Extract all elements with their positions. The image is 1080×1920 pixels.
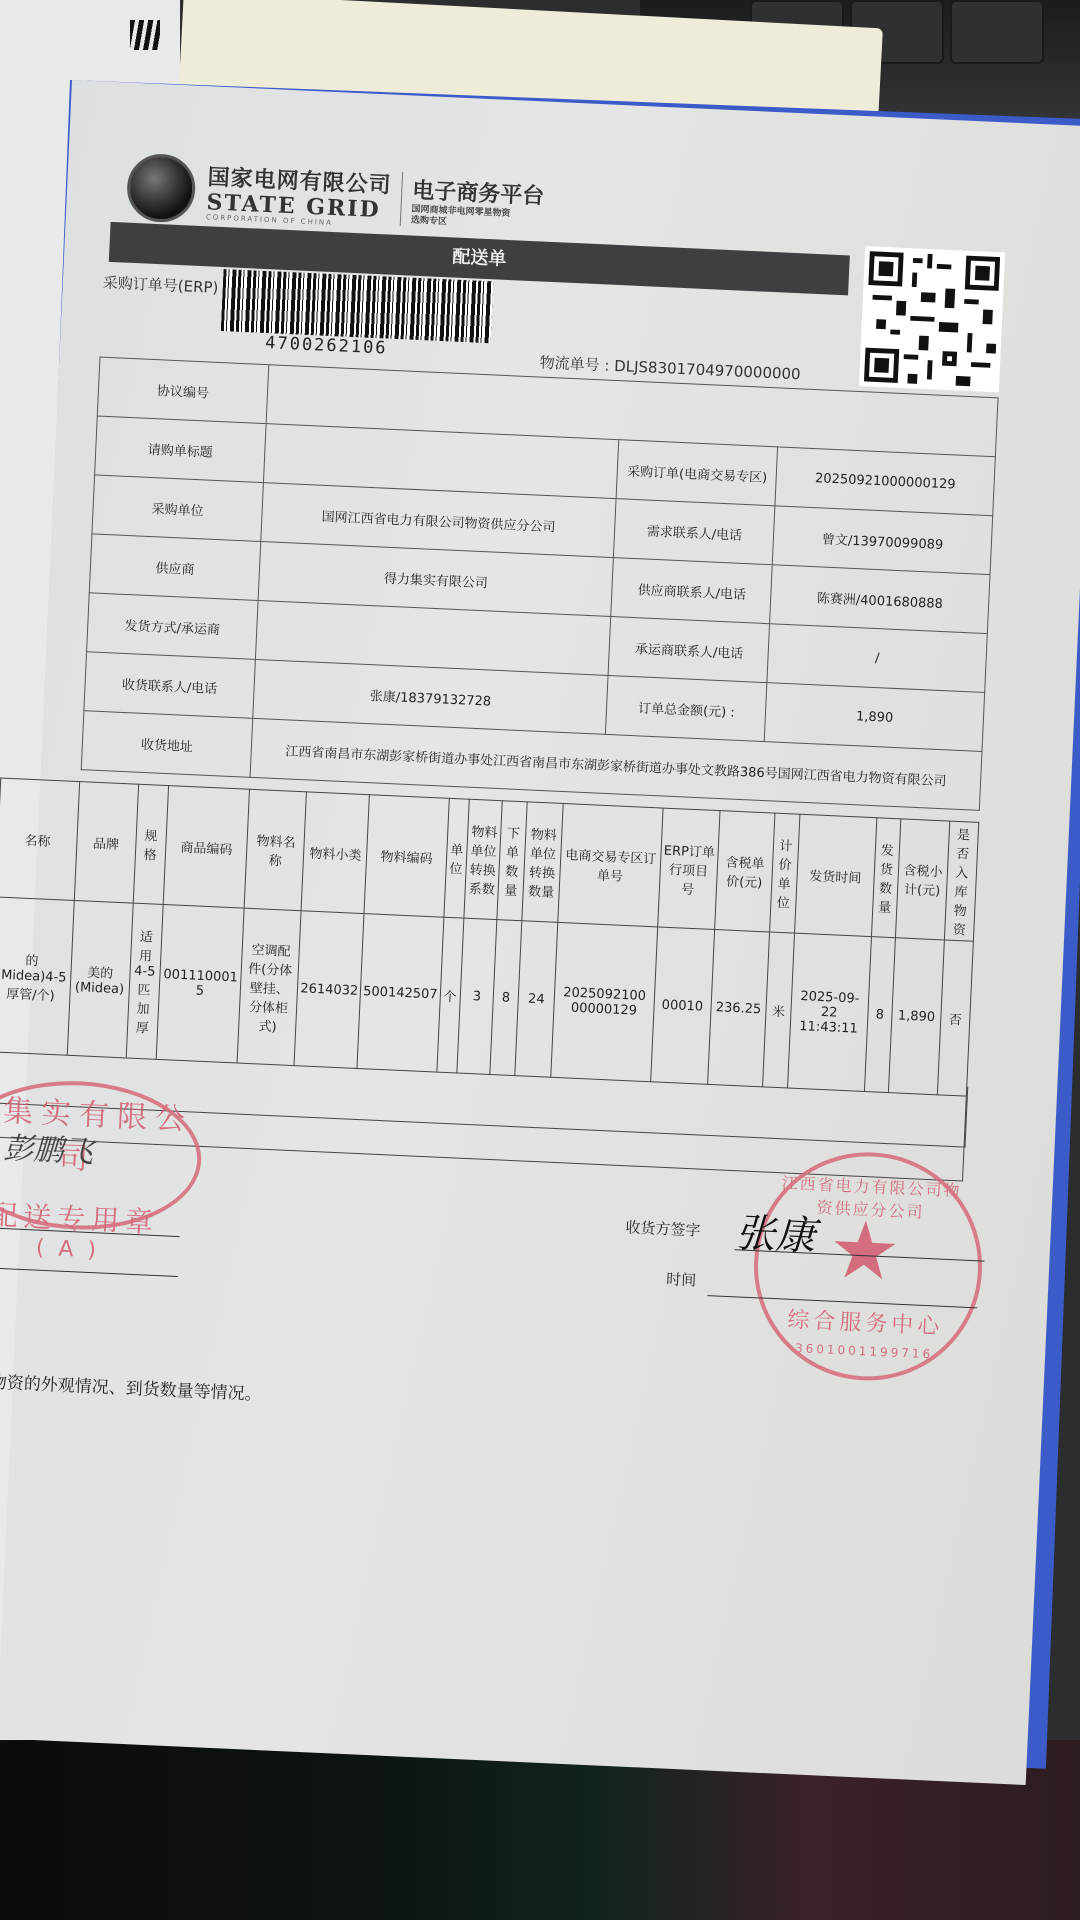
signature-line — [0, 1267, 178, 1277]
state-grid-globe-icon — [126, 153, 197, 224]
receiver-sign-label: 收货方签字 — [625, 1216, 701, 1240]
table-cell: 1,890 — [889, 938, 945, 1095]
barcode-icon — [221, 269, 494, 343]
table-cell: 否 — [937, 940, 973, 1096]
items-column-header: 商品编码 — [163, 786, 250, 909]
supplier-label: 供应商 — [89, 534, 261, 601]
table-cell: 00010 — [651, 927, 715, 1084]
buyer-label: 采购单位 — [92, 475, 264, 542]
time-label: 时间 — [666, 1268, 697, 1290]
demand-contact-value: 曾文/13970099089 — [773, 506, 993, 575]
supplier-contact-value: 陈赛洲/4001680888 — [770, 565, 990, 634]
po-value: 20250921000000129 — [775, 447, 995, 516]
items-column-header: 物料名称 — [245, 789, 307, 910]
carrier-contact-label: 承运商联系人/电话 — [608, 617, 770, 683]
items-column-header: 含税单价(元) — [714, 811, 775, 932]
delivery-note-sheet: 国家电网有限公司 STATE GRID CORPORATION OF CHINA… — [0, 80, 1080, 1785]
receiver-contact-label: 收货联系人/电话 — [84, 652, 256, 719]
footer-note: 单物资的外观情况、到货数量等情况。 — [0, 1367, 262, 1405]
table-cell: 2614032 — [294, 911, 364, 1069]
items-column-header: 发货时间 — [794, 814, 876, 936]
items-column-header: 物料编码 — [364, 795, 449, 917]
platform-subtitle: 国网商城非电网零星物资选购专区 — [411, 204, 512, 231]
info-table: 协议编号 请购单标题 采购订单(电商交易专区) 2025092100000012… — [81, 357, 999, 811]
table-cell: 236.25 — [707, 930, 769, 1087]
erp-number: 4700262106 — [265, 333, 388, 359]
table-cell: 2025092100 00000129 — [551, 922, 658, 1081]
logistics-value: DLJS8301704970000000 — [614, 357, 801, 383]
address-label: 收货地址 — [81, 711, 253, 778]
table-cell: 500142507 — [357, 914, 443, 1072]
items-column-header: ERP订单行项目号 — [658, 808, 720, 929]
total-value: 1,890 — [765, 683, 985, 752]
keyboard-key — [950, 0, 1044, 64]
supplier-contact-label: 供应商联系人/电话 — [611, 558, 773, 624]
stamp-dept-text: 综合服务中心 — [785, 1303, 946, 1341]
po-label: 采购订单(电商交易专区) — [616, 440, 778, 506]
items-column-header: 是否入库物资 — [944, 821, 978, 941]
erp-label: 采购订单号(ERP) : — [102, 272, 228, 299]
carrier-contact-value: / — [767, 624, 987, 693]
star-icon: ★ — [827, 1210, 902, 1293]
receiver-stamp: 江西省电力有限公司物资供应分公司 ★ 综合服务中心 3601001199716 — [749, 1147, 987, 1385]
logistics-label: 物流单号 : — [539, 354, 610, 375]
logo-divider — [400, 172, 403, 226]
items-column-header: 电商交易专区订单号 — [558, 804, 663, 927]
supplier-signature: 彭鹏飞 — [3, 1123, 95, 1171]
background-mark — [130, 20, 160, 50]
items-column-header: 物料小类 — [301, 792, 369, 914]
stamp-code-text: 3601001199716 — [784, 1341, 944, 1362]
items-column-header: 含税小计(元) — [896, 819, 950, 940]
shipping-label: 发货方式/承运商 — [87, 593, 259, 660]
table-cell: 001110001 5 — [156, 904, 244, 1063]
requisition-title-label: 请购单标题 — [95, 416, 267, 483]
table-cell: 美的(Midea) — [67, 900, 133, 1057]
items-column-header: 物料单位转换数量 — [522, 802, 564, 923]
items-column-header: 物料单位转换系数 — [464, 799, 503, 919]
demand-contact-label: 需求联系人/电话 — [614, 499, 776, 565]
table-cell: 的(Midea)4-5厚管/个) — [0, 897, 74, 1055]
items-column-header: 品牌 — [74, 782, 138, 904]
items-column-header: 名称 — [0, 778, 80, 900]
table-cell: 2025-09-22 11:43:11 — [787, 933, 871, 1091]
agreement-no-label: 协议编号 — [97, 357, 269, 424]
qr-code-icon — [859, 246, 1005, 392]
total-label: 订单总金额(元) : — [606, 675, 768, 741]
table-cell: 空调配件(分体壁挂、分体柜式) — [238, 908, 302, 1065]
